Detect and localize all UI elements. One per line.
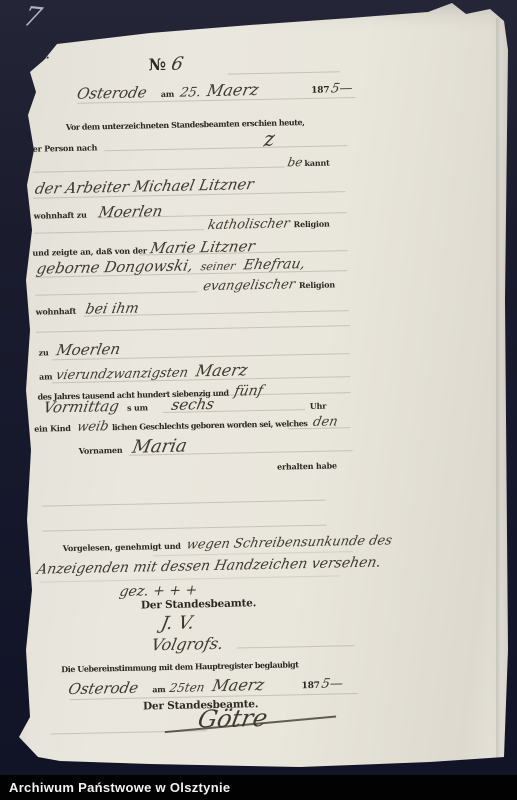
rule-line — [140, 250, 348, 255]
pen-flourish-line: z — [264, 127, 275, 151]
certification-line: Die Uebereinstimmung mit dem Hauptregist… — [61, 659, 298, 674]
wohnhaft-label: wohnhaft — [36, 306, 77, 317]
date-am-label: am — [161, 89, 174, 99]
religion2-label: Religion — [299, 279, 335, 290]
rule-line — [34, 229, 204, 234]
cert-date-day: 25ten — [168, 680, 206, 695]
rule-line — [228, 71, 340, 74]
date-day: 25. — [179, 85, 203, 100]
date-place: Osterode — [75, 83, 148, 103]
corner-letter-text: A. — [38, 50, 49, 61]
document-content: A. № 6 Osterode am 25. Maerz 187 5— Vor … — [0, 0, 517, 800]
birth-place-value: Moerlen — [55, 340, 122, 359]
religion-line-2: evangelischer Religion — [203, 276, 335, 294]
daytime-value: Vormittag — [42, 397, 121, 417]
den-hand: den — [312, 414, 339, 430]
rule-line — [129, 450, 353, 456]
s-um-label: s um — [127, 402, 148, 412]
mother-born-name: geborne Dongowski, — [35, 256, 195, 277]
zu-label: zu — [38, 347, 48, 357]
child-print-1: ein Kind — [34, 423, 71, 434]
birth-time-line: Vormittag s um sechs — [44, 395, 215, 417]
gez-marks: gez. + + + — [118, 582, 199, 600]
rule-line — [33, 191, 345, 199]
seiner-hand: seiner — [200, 259, 237, 273]
signature-name: Volgrofs. — [150, 634, 225, 655]
rule-line — [33, 166, 285, 172]
cert-date-month: Maerz — [211, 675, 266, 695]
person-nach-text: der Person nach — [27, 142, 97, 153]
religion1-label: Religion — [293, 219, 329, 230]
uhr-label: Uhr — [310, 401, 327, 411]
wohnhaft-line-2: wohnhaft bei ihm — [36, 301, 140, 319]
rule-line — [36, 325, 350, 333]
cert-date-am-label: am — [152, 684, 165, 694]
rule-line — [35, 270, 347, 278]
sex-value: weib — [75, 419, 109, 435]
religion-line-1: katholischer Religion — [208, 216, 330, 234]
archive-caption-bar: Archiwum Państwowe w Olsztynie — [0, 775, 517, 800]
certification-text: Die Uebereinstimmung mit dem Hauptregist… — [61, 659, 298, 674]
declarant-name: der Arbeiter Michael Litzner — [33, 175, 255, 198]
registrar-label-2: Der Standesbeamte. — [143, 698, 259, 712]
cert-year-hand: 5— — [320, 676, 344, 692]
intro-line: Vor dem unterzeichneten Standesbeamten e… — [66, 117, 305, 132]
signature-initials-line: J. V. — [161, 612, 194, 634]
rule-line — [84, 310, 349, 317]
pen-flourish-mark: z — [263, 126, 276, 152]
closing-printed: Vorgelesen, genehmigt und — [63, 541, 181, 553]
closing-hand-2: Anzeigenden mit dessen Handzeichen verse… — [36, 554, 383, 577]
rule-line — [39, 575, 339, 582]
rule-line — [35, 291, 197, 295]
final-signature: Götre — [196, 704, 270, 734]
intro-text: Vor dem unterzeichneten Standesbeamten e… — [66, 117, 305, 132]
mother-line: und zeigte an, daß von der Marie Litzner — [32, 237, 255, 260]
birth-place-line: zu Moerlen — [38, 340, 120, 360]
registrar-label-line-2: Der Standesbeamte. — [143, 698, 259, 712]
rule-line — [70, 693, 358, 700]
rule-line — [99, 212, 347, 218]
am-label: am — [39, 371, 52, 381]
bei-ihm-value: bei ihm — [85, 300, 141, 317]
signature-initials: J. V. — [159, 612, 196, 634]
given-name-value: Maria — [130, 436, 188, 458]
wohnhaft-zu-label: wohnhaft zu — [34, 210, 87, 221]
document-page: A. № 6 Osterode am 25. Maerz 187 5— Vor … — [0, 0, 517, 800]
date-line-bottom: Osterode am 25ten Maerz — [68, 675, 264, 698]
cert-date-place: Osterode — [67, 679, 140, 699]
registrar-label-line-1: Der Standesbeamte. — [141, 597, 257, 611]
mother-name: Marie Litzner — [149, 237, 257, 257]
erhalten-habe-label: erhalten habe — [277, 460, 337, 471]
bekannt-hand: be — [286, 155, 303, 169]
rule-line — [196, 392, 351, 396]
declarant-line: der Arbeiter Michael Litzner — [35, 175, 254, 198]
rule-line — [77, 97, 355, 104]
year-line-hand: fünf — [233, 383, 264, 400]
rule-line — [288, 427, 350, 429]
final-signature-line: Götre — [198, 704, 268, 733]
photo-background: 7 — [0, 0, 517, 800]
residence-line: wohnhaft zu Moerlen — [33, 202, 162, 223]
bekannt-line: be kannt — [288, 155, 330, 170]
closing-line-1: Vorgelesen, genehmigt und wegen Schreibe… — [63, 533, 393, 555]
vornamen-label: Vornamen — [79, 445, 123, 456]
child-line: ein Kind weib lichen Geschlechts geboren… — [34, 414, 338, 435]
archive-caption: Archiwum Państwowe w Olsztynie — [9, 775, 517, 800]
zeigte-an-label: und zeigte an, daß von der — [32, 245, 147, 257]
rule-line — [42, 525, 326, 532]
date-year-hand: 5— — [330, 81, 354, 97]
cert-year-printed: 187 — [302, 681, 320, 691]
person-nach-line: der Person nach — [27, 142, 97, 153]
paper-crease — [496, 18, 502, 758]
record-number-label: № — [148, 55, 166, 74]
date-year-printed: 187 — [311, 85, 329, 95]
signature-flourish — [165, 715, 336, 732]
closing-line-2: Anzeigenden mit dessen Handzeichen verse… — [37, 555, 381, 578]
pencil-page-number: 7 — [20, 1, 45, 33]
religion1-value: katholischer — [207, 216, 291, 233]
mother-born-line: geborne Dongowski, seiner Ehefrau, — [37, 254, 305, 278]
rule-line — [153, 551, 353, 556]
date-line-top: Osterode am 25. Maerz — [77, 80, 258, 103]
rule-line — [51, 730, 207, 734]
rule-line — [104, 145, 347, 151]
gez-line: gez. + + + — [119, 582, 197, 600]
birth-year-line: des Jahres tausend acht hundert siebenzi… — [37, 383, 263, 404]
religion2-value: evangelischer — [202, 277, 297, 294]
birth-day-value: vierundzwanzigsten — [55, 365, 190, 383]
year-line-printed: des Jahres tausend acht hundert siebenzi… — [37, 388, 228, 402]
date-month: Maerz — [205, 80, 260, 100]
given-name-line: Vornamen Maria — [78, 436, 186, 459]
hour-value: sechs — [170, 395, 216, 414]
rule-line — [42, 500, 326, 507]
corner-letter: A. — [38, 50, 49, 61]
date-year-bottom: 187 5— — [301, 676, 343, 692]
residence-value: Moerlen — [97, 202, 164, 221]
registrar-label-1: Der Standesbeamte. — [141, 597, 257, 611]
birth-month-value: Maerz — [194, 360, 249, 380]
rule-line — [237, 645, 355, 648]
rule-line — [163, 409, 305, 413]
rule-line — [52, 376, 350, 383]
record-number: № 6 — [148, 54, 183, 76]
ehefrau-hand: Ehefrau, — [242, 256, 306, 273]
erhalten-line: erhalten habe — [277, 460, 337, 471]
signature-name-line: Volgrofs. — [152, 634, 224, 654]
rule-line — [52, 353, 350, 360]
child-print-2: lichen Geschlechts geboren worden sei, w… — [112, 418, 308, 432]
uhr-line: Uhr — [310, 401, 327, 411]
birth-date-line: am vierundzwanzigsten Maerz — [39, 360, 248, 383]
closing-hand-1: wegen Schreibensunkunde des — [185, 533, 393, 552]
date-year-top: 187 5— — [311, 81, 353, 97]
bekannt-print: kannt — [304, 158, 329, 169]
record-number-value: 6 — [170, 54, 185, 75]
